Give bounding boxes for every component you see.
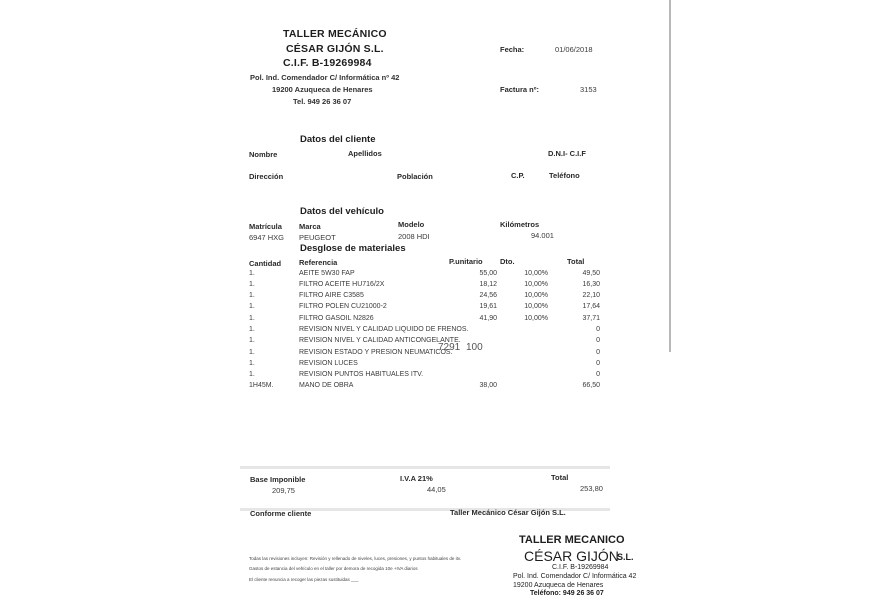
row-reference: AEITE 5W30 FAP [299,270,355,277]
client-address-label: Dirección [249,172,283,181]
header-unit-price: P.unitario [449,257,483,266]
date-value: 01/06/2018 [555,45,593,54]
company-address2: 19200 Azuqueca de Henares [272,85,373,94]
row-total: 0 [596,326,600,333]
footer-line2: Gastos de estancia del vehículo en el ta… [249,566,418,571]
row-total: 66,50 [582,382,600,389]
row-unit-price: 24,56 [479,292,497,299]
materials-section-title: Desglose de materiales [300,243,406,254]
client-section-title: Datos del cliente [300,134,376,145]
row-total: 0 [596,360,600,367]
header-discount: Dto. [500,257,515,266]
row-unit-price: 38,00 [479,382,497,389]
vehicle-plate-label: Matrícula [249,222,282,231]
row-total: 22,10 [582,292,600,299]
date-label: Fecha: [500,45,524,54]
vehicle-brand-label: Marca [299,222,321,231]
client-zip-label: C.P. [511,171,525,180]
client-town-label: Población [397,172,433,181]
stamp-line2: CÉSAR GIJÓN [524,548,619,564]
row-qty: 1. [249,303,255,310]
overlay-text-a: 7291 [438,342,460,353]
company-address1: Pol. Ind. Comendador C/ Informática nº 4… [250,73,399,82]
row-discount: 10,00% [524,315,548,322]
client-name-label: Nombre [249,150,277,159]
vehicle-model-value: 2008 HDI [398,232,430,241]
row-total: 16,30 [582,281,600,288]
row-qty: 1H45M. [249,382,274,389]
row-reference: REVISION NIVEL Y CALIDAD ANTICONGELANTE. [299,337,461,344]
vat-value: 44,05 [427,485,446,494]
row-reference: FILTRO POLEN CU21000-2 [299,303,387,310]
footer-line1: Todas las revisiones incluyen: Revisión … [249,556,461,561]
invoice-page: TALLER MECÁNICO CÉSAR GIJÓN S.L. C.I.F. … [0,0,880,600]
vehicle-model-label: Modelo [398,220,424,229]
row-qty: 1. [249,292,255,299]
client-id-label: D.N.I- C.I.F [548,149,586,158]
row-total: 49,50 [582,270,600,277]
client-signature-label: Conforme cliente [250,509,311,518]
total-value: 253,80 [580,484,603,493]
vehicle-km-value: 94.001 [531,231,554,240]
row-discount: 10,00% [524,303,548,310]
row-qty: 1. [249,371,255,378]
header-total: Total [567,257,584,266]
row-reference: FILTRO GASOIL N2826 [299,315,374,322]
stamp-line1: TALLER MECANICO [519,534,625,546]
company-cif: C.I.F. B-19269984 [283,57,372,69]
company-name-line1: TALLER MECÁNICO [283,28,387,40]
vehicle-km-label: Kilómetros [500,220,539,229]
row-qty: 1. [249,349,255,356]
stamp-line2-suffix: S.L. [617,552,634,562]
row-qty: 1. [249,315,255,322]
row-qty: 1. [249,360,255,367]
row-reference: REVISION PUNTOS HABITUALES ITV. [299,371,423,378]
vat-label: I.V.A 21% [400,474,433,483]
base-value: 209,75 [272,486,295,495]
vehicle-brand-value: PEUGEOT [299,233,336,242]
footer-line3: El cliente renuncia a recoger las piezas… [249,577,359,582]
scan-edge-line [669,0,671,352]
invoice-number-value: 3153 [580,85,597,94]
row-unit-price: 41,90 [479,315,497,322]
row-reference: REVISION ESTADO Y PRESION NEUMATICOS. [299,349,453,356]
row-qty: 1. [249,337,255,344]
company-phone: Tel. 949 26 36 07 [293,97,351,106]
row-discount: 10,00% [524,281,548,288]
row-total: 0 [596,349,600,356]
row-qty: 1. [249,270,255,277]
base-label: Base Imponible [250,475,305,484]
row-total: 0 [596,371,600,378]
scan-band [240,466,610,469]
vehicle-plate-value: 6947 HXG [249,233,284,242]
header-ref: Referencia [299,258,337,267]
vehicle-section-title: Datos del vehículo [300,206,384,217]
stamp-line6: Teléfono: 949 26 36 07 [530,590,604,597]
client-phone-label: Teléfono [549,171,580,180]
stamp-line4: Pol. Ind. Comendador C/ Informática 42 [513,573,636,580]
row-discount: 10,00% [524,270,548,277]
overlay-text-b: 100 [466,342,483,353]
row-reference: MANO DE OBRA [299,382,353,389]
row-reference: REVISION NIVEL Y CALIDAD LIQUIDO DE FREN… [299,326,468,333]
row-total: 0 [596,337,600,344]
header-qty: Cantidad [249,259,281,268]
row-total: 37,71 [582,315,600,322]
row-unit-price: 55,00 [479,270,497,277]
row-reference: FILTRO ACEITE HU716/2X [299,281,384,288]
stamp-line5: 19200 Azuqueca de Henares [513,582,603,589]
row-reference: FILTRO AIRE C3585 [299,292,364,299]
stamp-line3: C.I.F. B-19269984 [552,564,608,571]
client-surname-label: Apellidos [348,149,382,158]
row-total: 17,64 [582,303,600,310]
row-discount: 10,00% [524,292,548,299]
company-signature-label: Taller Mecánico César Gijón S.L. [450,508,566,517]
invoice-number-label: Factura nº: [500,85,539,94]
row-unit-price: 19,61 [479,303,497,310]
row-qty: 1. [249,326,255,333]
row-unit-price: 18,12 [479,281,497,288]
row-qty: 1. [249,281,255,288]
company-name-line2: CÉSAR GIJÓN S.L. [286,43,384,55]
total-label: Total [551,473,568,482]
row-reference: REVISION LUCES [299,360,358,367]
